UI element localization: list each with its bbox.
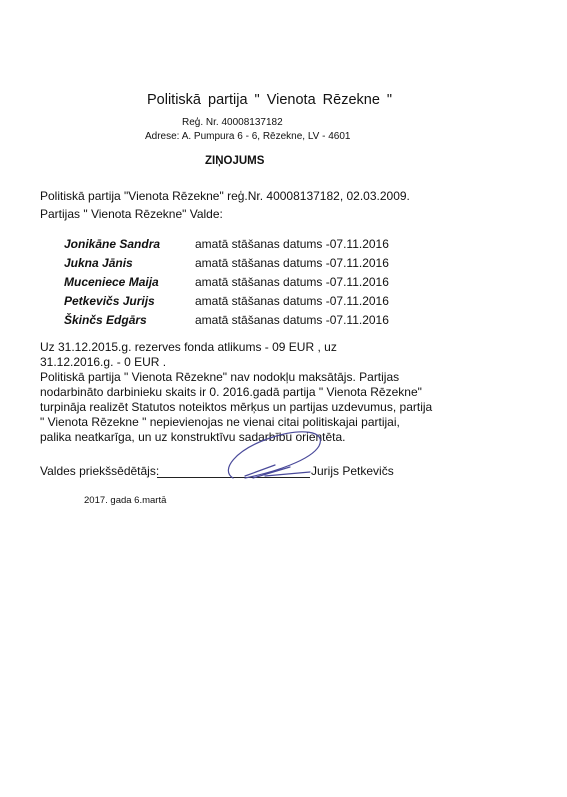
party-name-heading: Politiskā partija " Vienota Rēzekne " [147,92,392,108]
signature-label: Valdes priekšsēdētājs: [40,464,159,478]
handwritten-signature-icon [215,420,325,485]
board-member-date: amatā stāšanas datums -07.11.2016 [195,237,389,251]
party-address: Adrese: A. Pumpura 6 - 6, Rēzekne, LV - … [145,131,350,142]
body-line: turpināja realizēt Statutos noteiktos mē… [40,400,432,414]
board-member-name: Jukna Jānis [64,256,133,270]
body-line: Politiskā partija " Vienota Rēzekne" nav… [40,370,399,384]
document-title: ZIŅOJUMS [205,155,264,167]
board-member-name: Jonikāne Sandra [64,237,160,251]
board-member-name: Petkevičs Jurijs [64,294,155,308]
board-member-name: Muceniece Maija [64,275,159,289]
body-line: 31.12.2016.g. - 0 EUR . [40,355,166,369]
signature-date: 2017. gada 6.martā [84,495,166,506]
board-member-date: amatā stāšanas datums -07.11.2016 [195,275,389,289]
board-member-date: amatā stāšanas datums -07.11.2016 [195,256,389,270]
body-line: nodarbināto darbinieku skaits ir 0. 2016… [40,385,422,399]
board-member-name: Škinčs Edgārs [64,313,147,327]
board-member-date: amatā stāšanas datums -07.11.2016 [195,294,389,308]
board-member-date: amatā stāšanas datums -07.11.2016 [195,313,389,327]
signatory-name: Jurijs Petkevičs [311,464,394,478]
intro-line-2: Partijas " Vienota Rēzekne" Valde: [40,207,223,221]
registration-number: Reģ. Nr. 40008137182 [182,117,283,128]
body-line: Uz 31.12.2015.g. rezerves fonda atlikums… [40,340,337,354]
intro-line-1: Politiskā partija "Vienota Rēzekne" reģ.… [40,189,410,203]
